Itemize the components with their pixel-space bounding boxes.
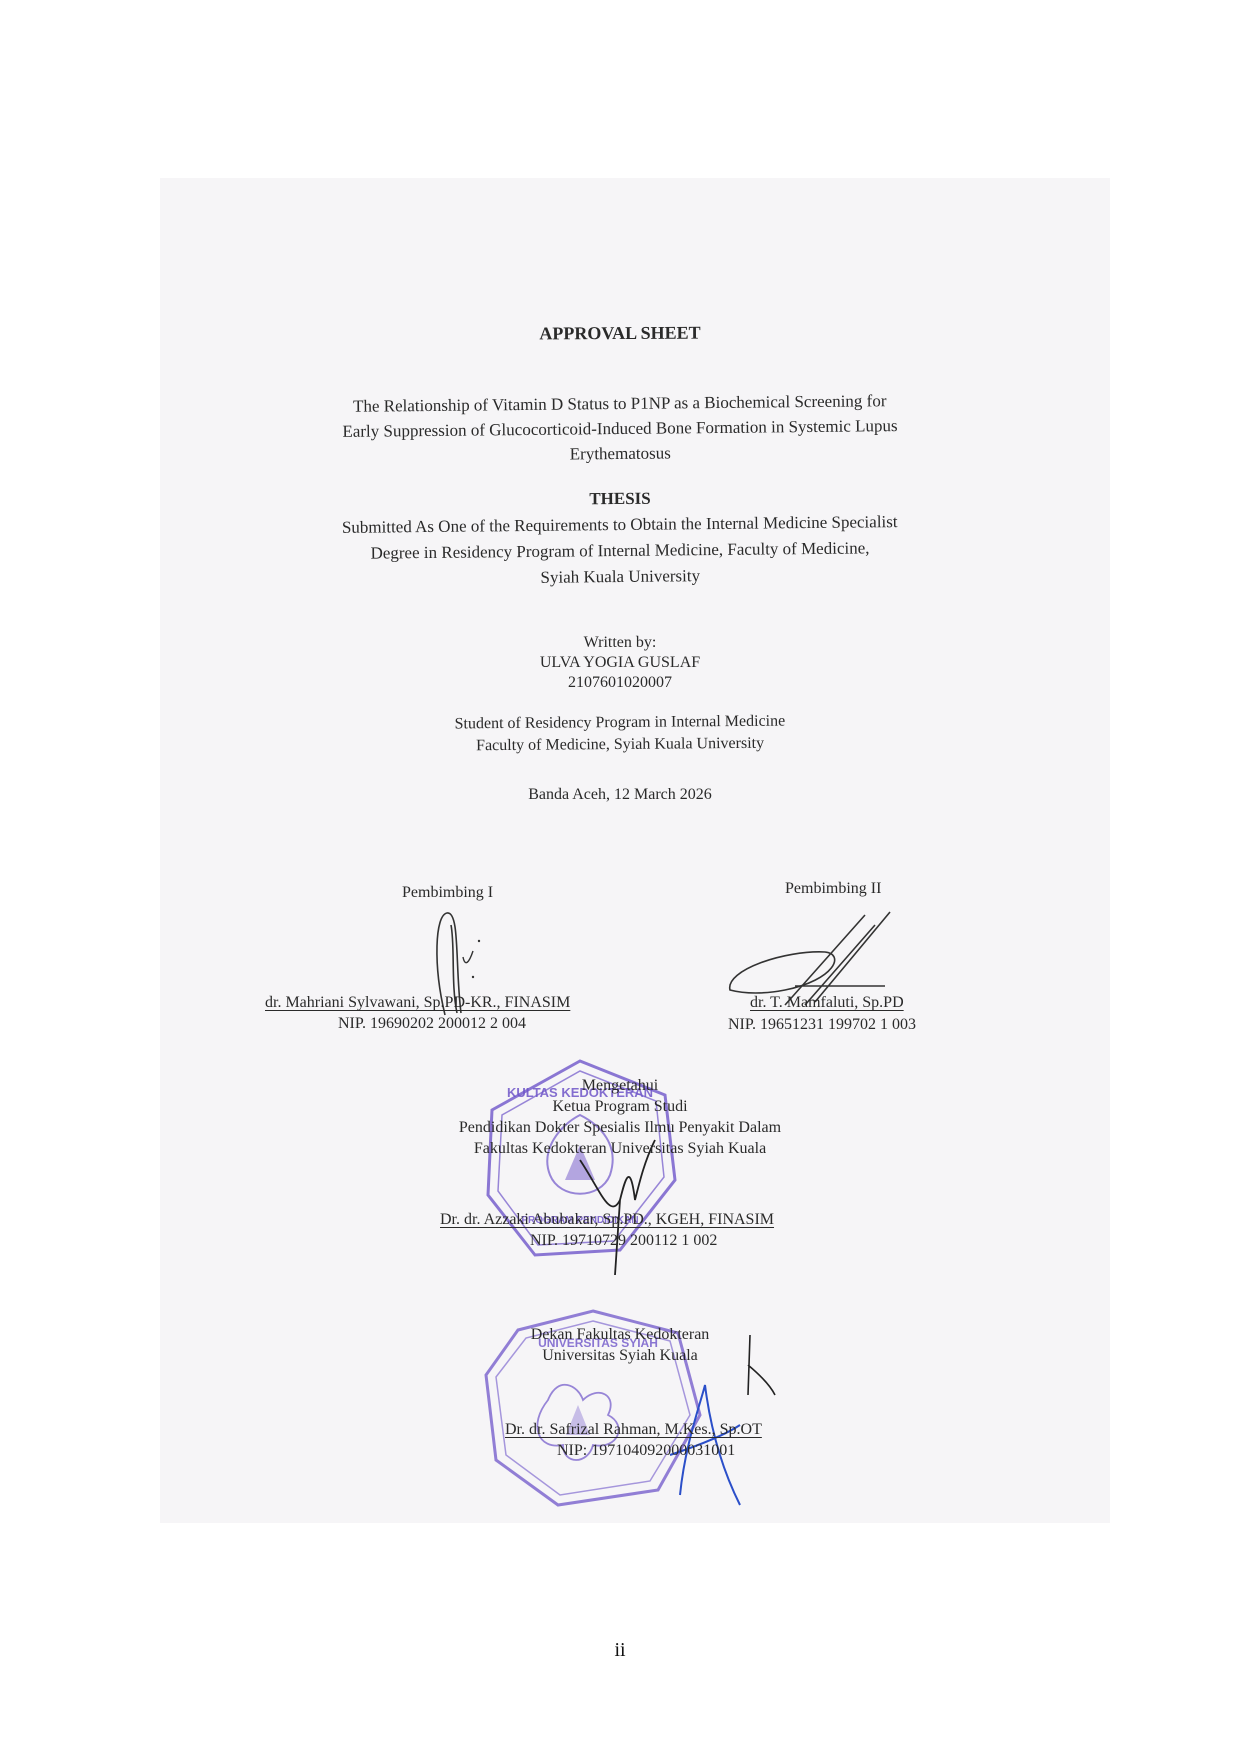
supervisor-2-role: Pembimbing II xyxy=(785,880,881,898)
author-block: Written by: ULVA YOGIA GUSLAF 2107601020… xyxy=(0,633,1240,693)
supervisor-1-role: Pembimbing I xyxy=(402,884,493,902)
research-title: The Relationship of Vitamin D Status to … xyxy=(0,385,1240,473)
supervisor-1-name: dr. Mahriani Sylvawani, Sp.PD-KR., FINAS… xyxy=(265,994,570,1012)
place-date: Banda Aceh, 12 March 2026 xyxy=(0,786,1240,804)
program-head-name: Dr. dr. Azzaki Abubakar, Sp.PD., KGEH, F… xyxy=(440,1211,774,1229)
program-head-block: Mengetahui Ketua Program Studi Pendidika… xyxy=(0,1075,1240,1159)
page-number: ii xyxy=(0,1639,1240,1662)
author-name: ULVA YOGIA GUSLAF xyxy=(0,653,1240,673)
supervisor-2-nip: NIP. 19651231 199702 1 003 xyxy=(728,1016,916,1034)
student-id: 2107601020007 xyxy=(0,673,1240,693)
program-head-title: Ketua Program Studi xyxy=(0,1096,1240,1117)
program-head-nip: NIP. 19710729 200112 1 002 xyxy=(530,1232,717,1250)
supervisor-2-name: dr. T. Mamfaluti, Sp.PD xyxy=(750,994,904,1012)
dean-block: Dekan Fakultas Kedokteran Universitas Sy… xyxy=(0,1324,1240,1366)
scanned-page xyxy=(160,178,1110,1523)
university-name: Universitas Syiah Kuala xyxy=(0,1345,1240,1366)
dean-title: Dekan Fakultas Kedokteran xyxy=(0,1324,1240,1345)
written-by-label: Written by: xyxy=(0,633,1240,653)
faculty-name: Fakultas Kedokteran Universitas Syiah Ku… xyxy=(0,1138,1240,1159)
dean-name: Dr. dr. Safrizal Rahman, M.Kes., Sp.OT xyxy=(505,1421,762,1439)
submission-statement: Submitted As One of the Requirements to … xyxy=(0,506,1240,597)
dean-nip: NIP: 197104092000031001 xyxy=(557,1442,735,1460)
supervisor-1-nip: NIP. 19690202 200012 2 004 xyxy=(338,1015,526,1033)
acknowledgement-label: Mengetahui xyxy=(0,1075,1240,1096)
program-name: Pendidikan Dokter Spesialis Ilmu Penyaki… xyxy=(0,1117,1240,1138)
